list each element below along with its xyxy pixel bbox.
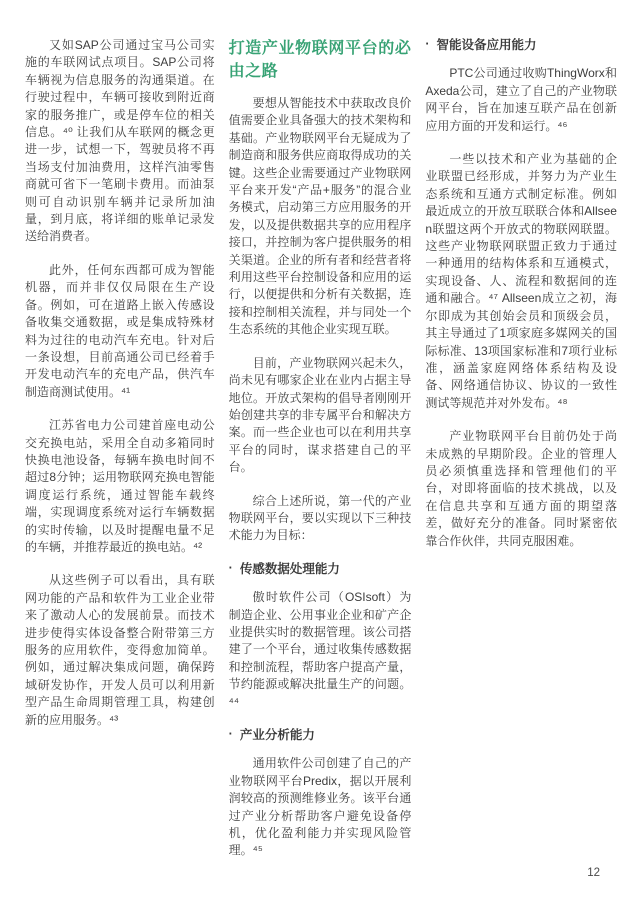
paragraph-smart-machines: 此外，任何东西都可成为智能机器，而并非仅仅局限在生产设备。例如，可在道路上嵌入传… [25,262,215,401]
paragraph-three-capabilities-intro: 综合上述所说，第一代的产业物联网平台，要以实现以下三种技术能力为目标： [229,493,412,545]
page-number: 12 [587,867,600,879]
subhead-industry-analytics-capability: ·产业分析能力 [229,727,412,744]
paragraph-ptc-thingworx: PTC公司通过收购ThingWorx和Axeda公司，建立了自己的产业物联网平台… [425,65,617,135]
subhead-label: 传感数据处理能力 [240,562,340,576]
left-column: 又如SAP公司通过宝马公司实施的车联网试点项目。SAP公司将车辆视为信息服务的沟… [25,37,215,876]
subhead-label: 产业分析能力 [240,728,315,742]
paragraph-platform-key: 要想从智能技术中获取改良价值需要企业具备强大的技术架构和基础。产业物联网平台无疑… [229,95,412,339]
bullet-icon: · [229,726,233,743]
middle-column: 打造产业物联网平台的必由之路 要想从智能技术中获取改良价值需要企业具备强大的技术… [229,37,412,876]
page-content: 又如SAP公司通过宝马公司实施的车联网试点项目。SAP公司将车辆视为信息服务的沟… [0,0,640,876]
section-heading: 打造产业物联网平台的必由之路 [229,37,412,83]
paragraph-connected-products-outlook: 从这些例子可以看出，具有联网功能的产品和软件为工业企业带来了激动人心的发展前景。… [25,572,215,729]
right-column: ·智能设备应用能力 PTC公司通过收购ThingWorx和Axeda公司，建立了… [425,37,617,876]
bullet-icon: · [229,560,233,577]
paragraph-sap-car-network: 又如SAP公司通过宝马公司实施的车联网试点项目。SAP公司将车辆视为信息服务的沟… [25,37,215,246]
paragraph-early-stage-conclusion: 产业物联网平台目前仍处于尚未成熟的早期阶段。企业的管理人员必须慎重选择和管理他们… [425,428,617,550]
subhead-sensor-data-capability: ·传感数据处理能力 [229,561,412,578]
paragraph-jiangsu-power: 江苏省电力公司建首座电动公交充换电站，采用全自动多箱同时快换电池设备，每辆车换电… [25,417,215,556]
bullet-icon: · [425,36,429,53]
paragraph-ge-predix: 通用软件公司创建了自己的产业物联网平台Predix，据以开展利润较高的预测维修业… [229,755,412,859]
paragraph-industry-alliances: 一些以技术和产业为基础的企业联盟已经形成，并努力为产业生态系统和互通方式制定标准… [425,151,617,412]
subhead-label: 智能设备应用能力 [437,38,537,52]
paragraph-osisoft: 傲时软件公司（OSIsoft）为制造企业、公用事业企业和矿产企业提供实时的数据管… [229,589,412,711]
document-page: 又如SAP公司通过宝马公司实施的车联网试点项目。SAP公司将车辆视为信息服务的沟… [0,0,640,905]
paragraph-no-dominant-player: 目前，产业物联网兴起未久，尚未见有哪家企业在业内占据主导地位。开放式架构的倡导者… [229,355,412,477]
subhead-smart-device-application-capability: ·智能设备应用能力 [425,37,617,54]
